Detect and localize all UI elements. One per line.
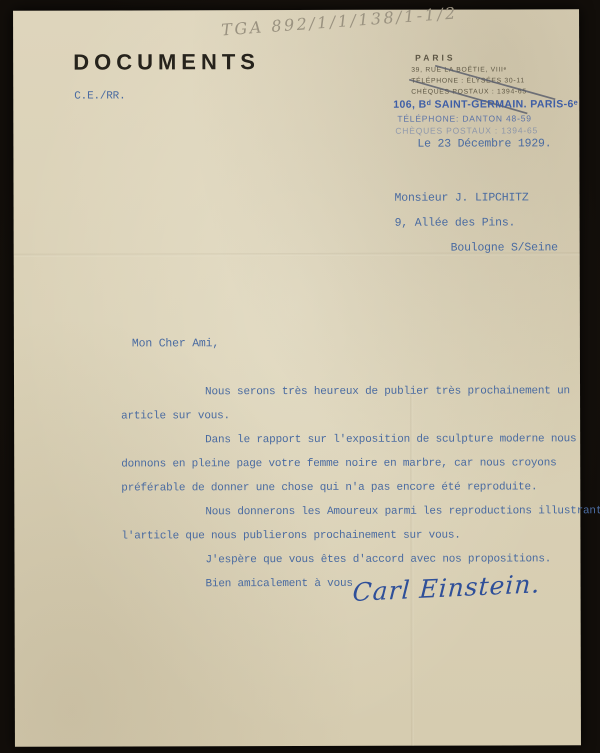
sender-reference: C.E./RR. (74, 90, 125, 102)
recipient-line: Monsieur J. LIPCHITZ (394, 185, 557, 210)
recipient-address: Monsieur J. LIPCHITZ9, Allée des Pins.Bo… (394, 185, 557, 260)
letter-sheet: TGA 892/1/1/138/1-1/2 DOCUMENTS C.E./RR.… (13, 9, 581, 746)
letterhead-line: CHÈQUES POSTAUX : 1394-65 (411, 86, 581, 97)
letter-line: préférable de donner une chose qui n'a p… (121, 475, 583, 500)
letterhead-line: 39, RUE LA BOËTIE, VIIIᵉ (411, 64, 581, 75)
old-address-lines: 39, RUE LA BOËTIE, VIIIᵉTÉLÉPHONE : ÉLYS… (411, 64, 581, 97)
new-address-stamp: 106, Bᵈ SAINT-GERMAIN. PARIS-6ᵉTÉLÉPHONE… (393, 98, 583, 135)
letter-line: J'espère que vous êtes d'accord avec nos… (121, 547, 583, 572)
letterhead-title: DOCUMENTS (73, 49, 260, 75)
old-address-city: PARIS (415, 52, 581, 62)
body-lines: Nous serons très heureux de publier très… (121, 379, 584, 596)
letter-line: article sur vous. (121, 403, 583, 428)
stamp-line: CHÈQUES POSTAUX : 1394-65 (395, 125, 583, 135)
letter-line: Dans le rapport sur l'exposition de scul… (121, 427, 583, 452)
letter-line: Nous serons très heureux de publier très… (121, 379, 583, 404)
letter-date: Le 23 Décembre 1929. (417, 137, 551, 150)
letterhead-line: TÉLÉPHONE : ÉLYSÉES 30-11 (411, 75, 581, 86)
stamp-line: 106, Bᵈ SAINT-GERMAIN. PARIS-6ᵉ (393, 98, 583, 110)
stamp-line: TÉLÉPHONE: DANTON 48-59 (397, 113, 583, 123)
recipient-line: Boulogne S/Seine (395, 235, 558, 260)
old-address-block: PARIS 39, RUE LA BOËTIE, VIIIᵉTÉLÉPHONE … (411, 52, 581, 97)
letter-line: l'article que nous publierons prochainem… (121, 523, 583, 548)
letter-line: donnons en pleine page votre femme noire… (121, 451, 583, 476)
salutation: Mon Cher Ami, (132, 337, 219, 350)
recipient-line: 9, Allée des Pins. (395, 210, 558, 235)
letter-line: Nous donnerons les Amoureux parmi les re… (121, 499, 583, 524)
